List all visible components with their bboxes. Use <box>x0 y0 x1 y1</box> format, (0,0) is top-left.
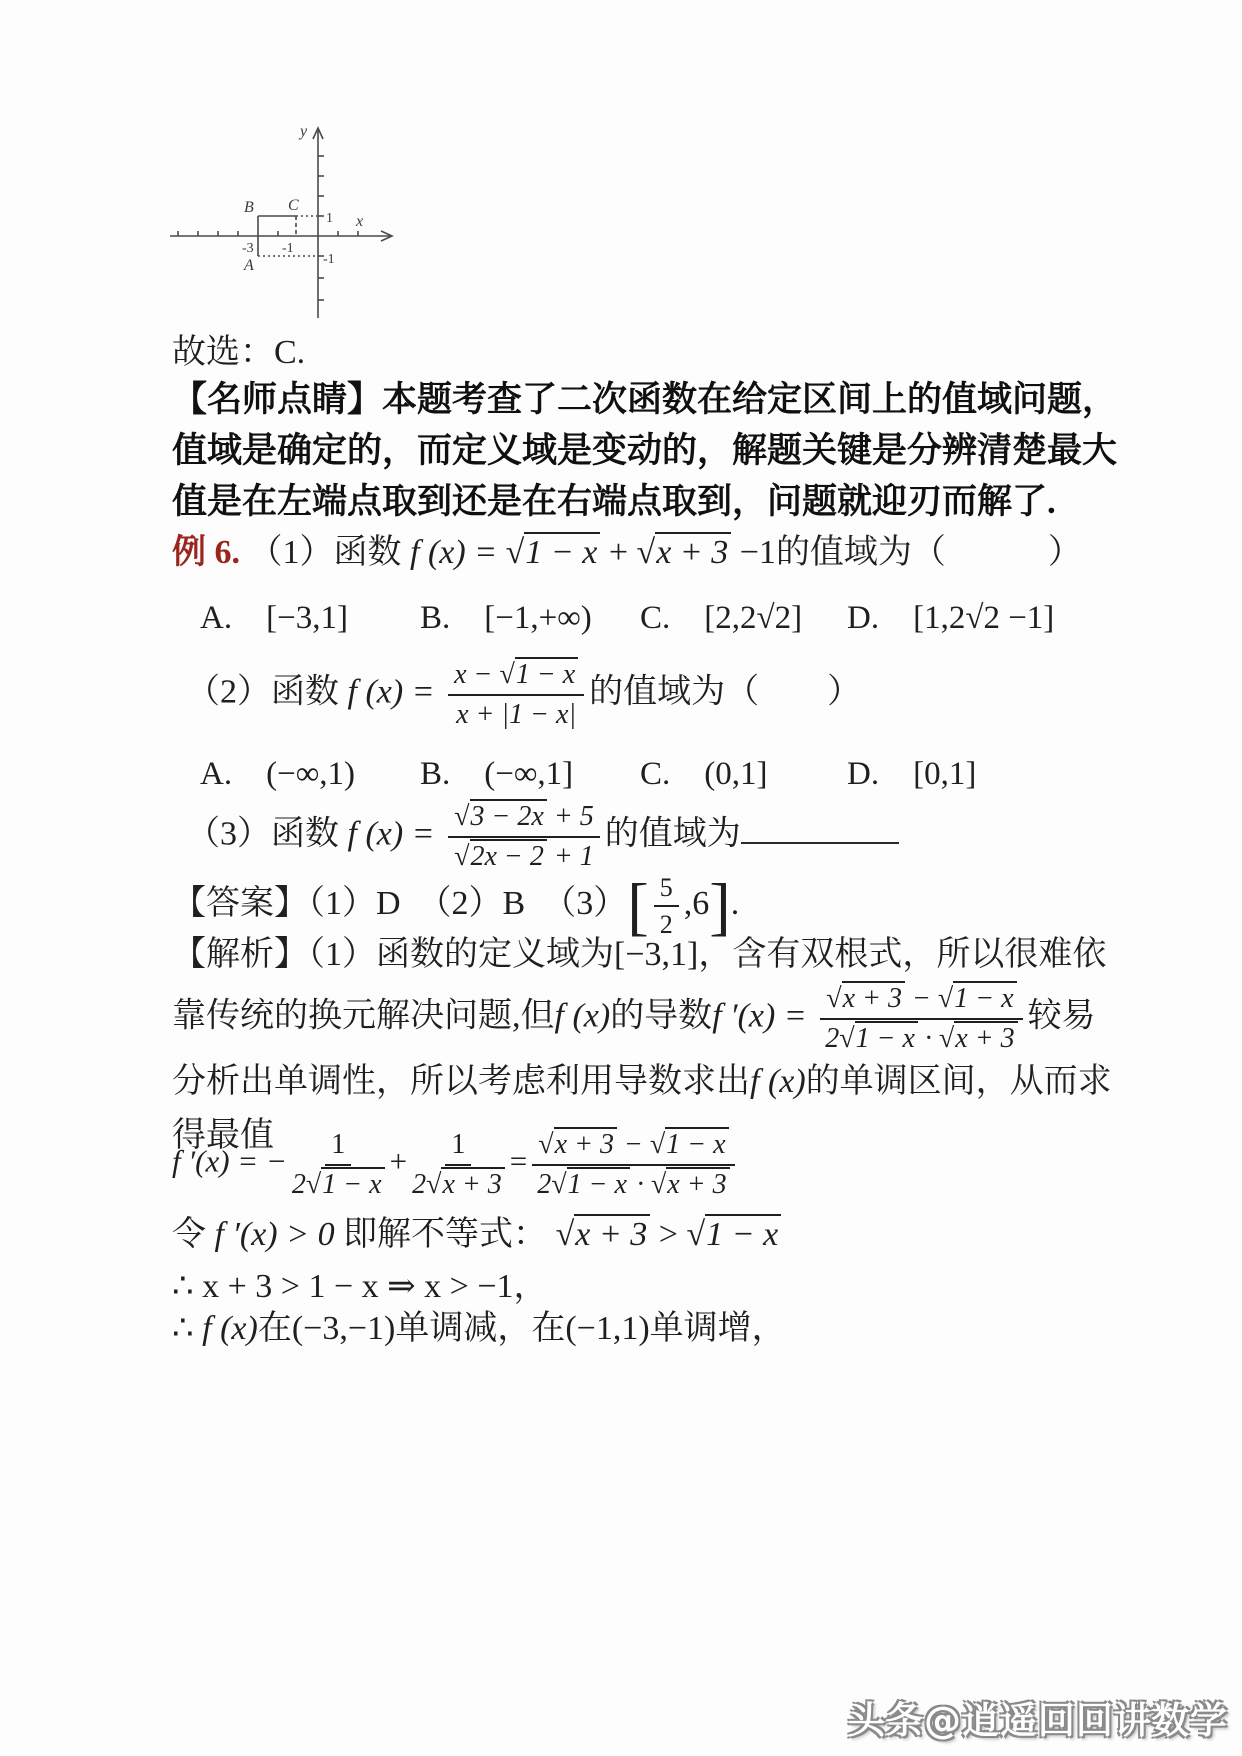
option-C1: C.[2,2√2] <box>640 600 847 637</box>
tick-x-neg1: -1 <box>282 241 294 256</box>
sqrt-1-minus-x: 1 − x <box>938 981 1017 1014</box>
option-C2: C.(0,1] <box>640 756 847 793</box>
q3-fraction: 3 − 2x + 52x − 2 + 1 <box>448 800 600 873</box>
q3-post: 的值域为 <box>605 815 741 852</box>
sqrt-1-minus-x: 1 − x <box>686 1214 781 1253</box>
y-axis-label: y <box>298 123 308 140</box>
answer-rest: ,6 <box>684 885 710 922</box>
tick-x-neg3: -3 <box>242 241 254 256</box>
frac-1-over-2sqrt-x-plus-3: 12x + 3 <box>412 1128 505 1201</box>
sqrt-1-minus-x: 1 − x <box>499 657 578 690</box>
ineq-pre: 令 <box>172 1216 206 1253</box>
ineq-cond: f ′(x) > 0 <box>215 1216 335 1253</box>
q1-fx: f (x) = <box>410 534 506 571</box>
sqrt-1-minus-x: 1 − x <box>650 1127 729 1160</box>
sqrt-x-plus-3: x + 3 <box>651 1167 730 1200</box>
deriv-lhs: f ′(x) = − <box>172 1144 287 1179</box>
x-axis-label: x <box>355 213 363 230</box>
deriv-eq: = <box>510 1144 527 1179</box>
watermark: 头条@逍遥回回讲数学 <box>848 1690 1228 1744</box>
deriv-plus: + <box>390 1144 407 1179</box>
example-label: 例 6. <box>172 534 240 571</box>
sqrt-x-plus-3: x + 3 <box>939 1021 1018 1054</box>
option-A2: A.(−∞,1) <box>200 756 420 793</box>
ineq-cmp: > <box>650 1216 686 1253</box>
sqrt-x-plus-3: x + 3 <box>637 532 732 571</box>
sqrt-1-minus-x: 1 − x <box>306 1167 385 1200</box>
tick-y-neg1: -1 <box>323 252 335 267</box>
answer-tag: 【答案】 <box>172 885 308 922</box>
answer-period: . <box>731 885 740 922</box>
question2: （2）函数 f (x) = x − 1 − xx + |1 − x|的值域为（ … <box>186 658 861 731</box>
option-D2: D.[0,1] <box>847 756 1180 793</box>
q1-op: + <box>600 534 636 571</box>
answer-blank <box>741 808 899 844</box>
q3-pre: （3）函数 <box>186 815 339 852</box>
options-row-2: A.(−∞,1) B.(−∞,1] C.(0,1] D.[0,1] <box>200 756 1180 793</box>
sqrt-2x-minus-2: 2x − 2 <box>454 839 547 872</box>
analysis-b: 的导数 <box>610 997 712 1034</box>
example6-question1: 例 6. （1）函数 f (x) = 1 − x + x + 3 −1的值域为（… <box>172 524 1082 573</box>
option-B2: B.(−∞,1] <box>420 756 640 793</box>
q2-fraction: x − 1 − xx + |1 − x| <box>448 658 584 731</box>
analysis-fpx: f ′(x) = <box>712 997 815 1034</box>
chosen-answer-line: 故选：C. <box>172 324 305 373</box>
coordinate-figure: y x 1 -1 -3 -1 B C A <box>160 118 420 328</box>
ineq-mid: 即解不等式： <box>343 1216 547 1253</box>
teacher-note: 【名师点睛】本题考查了二次函数在给定区间上的值域问题，值域是确定的，而定义域是变… <box>172 374 1122 527</box>
q1-pre: （1）函数 <box>249 534 402 571</box>
analysis-fx2: f (x) <box>750 1063 806 1100</box>
q2-post: 的值域为（ ） <box>589 673 861 710</box>
concl2-fx: f (x) <box>202 1310 258 1347</box>
frac-1-over-2sqrt-1-minus-x: 121 − x <box>292 1128 385 1201</box>
sqrt-1-minus-x: 1 − x <box>551 1167 630 1200</box>
concl2-pre: ∴ <box>172 1310 194 1347</box>
answer-seq: （1）D （2）B （3） <box>308 885 627 922</box>
analysis-fraction: x + 3 − 1 − x21 − x · x + 3 <box>820 982 1022 1055</box>
q1-post: 的值域为（ ） <box>776 534 1082 571</box>
option-A1: A.[−3,1] <box>200 600 420 637</box>
q3-fx: f (x) = <box>348 815 444 852</box>
frac-combined: x + 3 − 1 − x21 − x · x + 3 <box>532 1128 734 1201</box>
sqrt-1-minus-x: 1 − x <box>839 1021 918 1054</box>
options-row-1: A.[−3,1] B.[−1,+∞) C.[2,2√2] D.[1,2√2 −1… <box>200 600 1180 637</box>
conclusion-line-2: ∴ f (x)在(−3,−1)单调减，在(−1,1)单调增， <box>172 1300 786 1349</box>
analysis-fx: f (x) <box>555 997 611 1034</box>
axes-plot: y x 1 -1 -3 -1 B C A <box>160 118 420 328</box>
q1-tail: −1 <box>731 534 776 571</box>
document-page: y x 1 -1 -3 -1 B C A 故选：C. 【名师点睛】本题考查了二次… <box>0 0 1242 1756</box>
sqrt-x-plus-3: x + 3 <box>556 1214 651 1253</box>
point-label-A: A <box>243 257 254 274</box>
tick-y-1: 1 <box>326 211 333 226</box>
concl2-text: 在(−3,−1)单调减，在(−1,1)单调增， <box>258 1310 786 1347</box>
sqrt-x-plus-3: x + 3 <box>426 1167 505 1200</box>
sqrt-1-minus-x: 1 − x <box>506 532 601 571</box>
q2-fx: f (x) = <box>348 673 444 710</box>
point-label-C: C <box>288 197 299 214</box>
q2-pre: （2）函数 <box>186 673 339 710</box>
option-D1: D.[1,2√2 −1] <box>847 600 1180 637</box>
inequality-line: 令 f ′(x) > 0 即解不等式： x + 3 > 1 − x <box>172 1206 781 1255</box>
derivative-formula: f ′(x) = −121 − x+12x + 3=x + 3 − 1 − x2… <box>172 1128 740 1201</box>
option-B1: B.[−1,+∞) <box>420 600 640 637</box>
question3: （3）函数 f (x) = 3 − 2x + 52x − 2 + 1的值域为 <box>186 800 899 873</box>
point-label-B: B <box>244 199 254 216</box>
sqrt-x-plus-3: x + 3 <box>826 981 905 1014</box>
sqrt-3-minus-2x: 3 − 2x <box>454 799 547 832</box>
sqrt-x-plus-3: x + 3 <box>538 1127 617 1160</box>
